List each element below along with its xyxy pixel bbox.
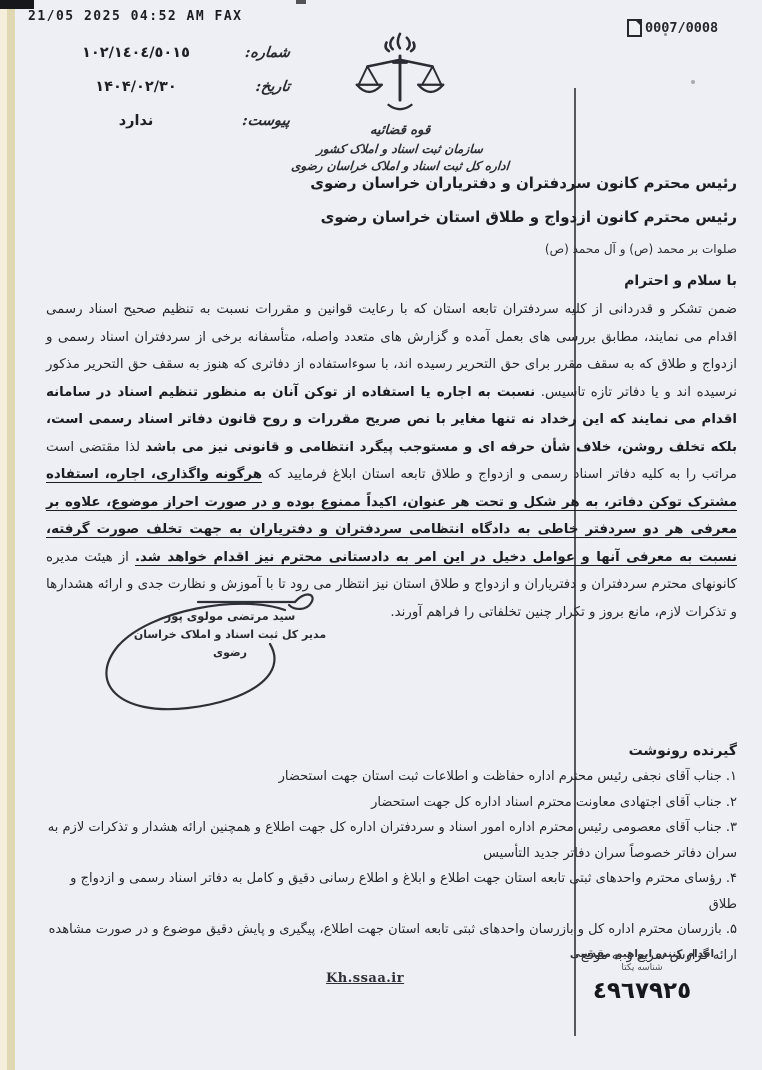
handler-block: اقدام کننده ابراهیم مقدسی شناسه یکتا ٤٩٦…	[558, 946, 726, 1004]
scanner-edge-band	[7, 0, 15, 1070]
body-paragraph: ضمن تشکر و قدردانی از کلیه سردفتران تابع…	[46, 296, 737, 626]
meta-row-date: تاریخ: ۱۴۰۴/۰۲/۳۰	[40, 78, 290, 95]
salutation: با سلام و احترام	[46, 268, 737, 294]
cc-item-1: ۱. جناب آقای نجفی رئیس محترم اداره حفاظت…	[44, 764, 737, 790]
blessing-line: صلوات بر محمد (ص) و آل محمد (ص)	[46, 234, 737, 264]
meta-row-attachment: پیوست: ندارد	[40, 112, 290, 129]
scanned-fax-document: 21/05 2025 04:52 AM FAX 0007/0008	[0, 0, 762, 1070]
signature-block: سید مرتضی مولوی پور مدیر کل ثبت اسناد و …	[70, 580, 350, 720]
fax-timestamp: 21/05 2025 04:52 AM FAX	[28, 9, 243, 24]
recipient-line-1: رئیس محترم کانون سردفتران و دفتریاران خر…	[46, 166, 737, 200]
date-label: تاریخ:	[231, 78, 291, 95]
date-value: ۱۴۰۴/۰۲/۳۰	[40, 79, 232, 95]
website-link: Kh.ssaa.ir	[326, 971, 404, 986]
scan-speck	[296, 0, 306, 4]
cc-item-2: ۲. جناب آقای اجتهادی معاونت محترم اسناد …	[44, 790, 737, 816]
handwritten-number: ٤٩٦٧٩٢٥	[558, 978, 726, 1004]
cc-item-3: ۳. جناب آقای معصومی رئیس محترم اداره امو…	[44, 815, 737, 866]
signatory-title: مدیر کل ثبت اسناد و املاک خراسان رضوی	[130, 626, 330, 662]
cc-title: گیرنده رونوشت	[44, 738, 737, 764]
cc-section: گیرنده رونوشت ۱. جناب آقای نجفی رئیس محت…	[44, 738, 737, 968]
letterhead: قوه قضائیه سازمان ثبت اسناد و املاک کشور…	[290, 30, 510, 176]
meta-row-number: شماره: ١٠٢/١٤٠٤/٥٠١٥	[40, 44, 290, 61]
cc-item-4: ۴. رؤسای محترم واحدهای ثبتی تابعه استان …	[44, 866, 737, 917]
scan-speck	[691, 80, 695, 84]
number-label: شماره:	[231, 44, 291, 61]
org-name-registration: سازمان ثبت اسناد و املاک کشور	[289, 141, 510, 158]
letter-body: رئیس محترم کانون سردفتران و دفتریاران خر…	[46, 166, 737, 639]
document-page-icon	[627, 19, 642, 37]
letter-meta: شماره: ١٠٢/١٤٠٤/٥٠١٥ تاریخ: ۱۴۰۴/۰۲/۳۰ پ…	[40, 44, 290, 146]
page-counter-value: 0007/0008	[645, 20, 718, 36]
signatory: سید مرتضی مولوی پور مدیر کل ثبت اسناد و …	[130, 606, 330, 662]
number-value: ١٠٢/١٤٠٤/٥٠١٥	[40, 45, 232, 61]
recipient-line-2: رئیس محترم کانون ازدواج و طلاق استان خرا…	[46, 200, 737, 234]
handler-name: اقدام کننده ابراهیم مقدسی	[558, 946, 726, 962]
org-name-judiciary: قوه قضائیه	[289, 122, 510, 141]
unique-id-label: شناسه یکتا	[558, 962, 726, 975]
judiciary-scales-emblem-icon	[350, 30, 450, 126]
scan-corner-mark	[0, 0, 34, 9]
attachment-label: پیوست:	[231, 112, 291, 129]
fax-page-counter: 0007/0008	[627, 19, 718, 37]
attachment-value: ندارد	[40, 113, 232, 129]
signatory-name: سید مرتضی مولوی پور	[130, 606, 330, 626]
